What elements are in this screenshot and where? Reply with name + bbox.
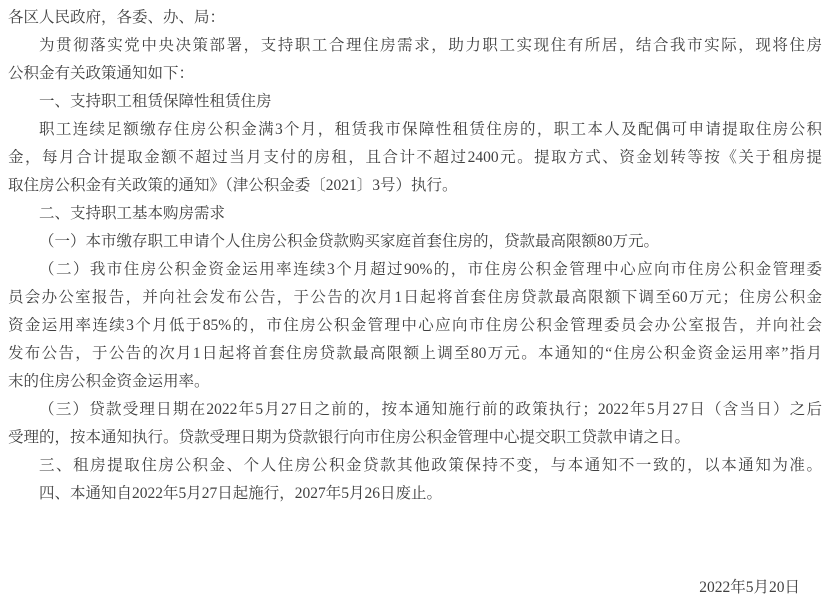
document-line: 取住房公积金有关政策的通知》（津公积金委〔2021〕3号）执行。 (8, 172, 822, 200)
document-body: 各区人民政府，各委、办、局：为贯彻落实党中央决策部署，支持职工合理住房需求，助力… (8, 4, 822, 508)
document-line: 四、本通知自2022年5月27日起施行，2027年5月26日废止。 (8, 480, 822, 508)
document-line: 公积金有关政策通知如下： (8, 60, 822, 88)
document-line: 职工连续足额缴存住房公积金满3个月，租赁我市保障性租赁住房的，职工本人及配偶可申… (8, 116, 822, 144)
document-date: 2022年5月20日 (8, 574, 822, 602)
document-line: （一）本市缴存职工申请个人住房公积金贷款购买家庭首套住房的，贷款最高限额80万元… (8, 228, 822, 256)
document-line: 资金运用率连续3个月低于85%的，市住房公积金管理中心应向市住房公积金管理委员会… (8, 312, 822, 340)
document-line: 为贯彻落实党中央决策部署，支持职工合理住房需求，助力职工实现住有所居，结合我市实… (8, 32, 822, 60)
document-line: 员会办公室报告，并向社会发布公告，于公告的次月1日起将首套住房贷款最高限额下调至… (8, 284, 822, 312)
document-line: 二、支持职工基本购房需求 (8, 200, 822, 228)
document-page: 各区人民政府，各委、办、局：为贯彻落实党中央决策部署，支持职工合理住房需求，助力… (0, 0, 830, 602)
document-line: 受理的，按本通知执行。贷款受理日期为贷款银行向市住房公积金管理中心提交职工贷款申… (8, 424, 822, 452)
document-line: 金，每月合计提取金额不超过当月支付的房租，且合计不超过2400元。提取方式、资金… (8, 144, 822, 172)
document-line: 三、租房提取住房公积金、个人住房公积金贷款其他政策保持不变，与本通知不一致的，以… (8, 452, 822, 480)
document-line: 一、支持职工租赁保障性租赁住房 (8, 88, 822, 116)
document-line: （三）贷款受理日期在2022年5月27日之前的，按本通知施行前的政策执行；202… (8, 396, 822, 424)
document-line: 末的住房公积金资金运用率。 (8, 368, 822, 396)
document-line: 发布公告，于公告的次月1日起将首套住房贷款最高限额上调至80万元。本通知的“住房… (8, 340, 822, 368)
document-line: 各区人民政府，各委、办、局： (8, 4, 822, 32)
document-line: （二）我市住房公积金资金运用率连续3个月超过90%的，市住房公积金管理中心应向市… (8, 256, 822, 284)
